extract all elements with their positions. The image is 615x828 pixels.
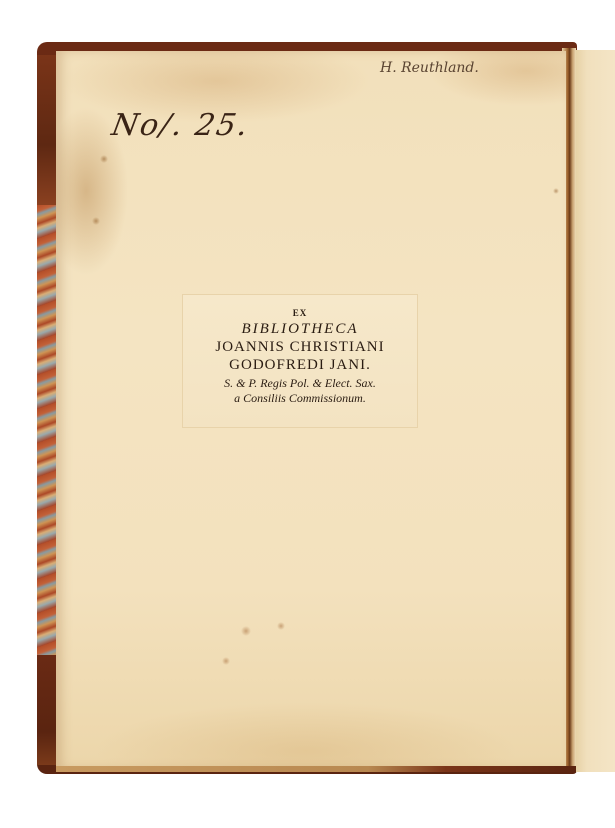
bookplate-owner-name-1: JOANNIS CHRISTIANI [183, 340, 417, 355]
handwritten-shelf-number: No/. 25. [109, 108, 252, 143]
bookplate-label: EX BIBLIOTHECA JOANNIS CHRISTIANI GODOFR… [183, 295, 417, 427]
bookplate-ex: EX [183, 309, 417, 318]
bookplate-owner-name-2: GODOFREDI JANI. [183, 358, 417, 373]
handwritten-signature: H. Reuthland. [380, 60, 479, 76]
leather-spine-bottom [37, 655, 56, 765]
facing-page [575, 50, 615, 772]
bottom-cover-edge [56, 766, 576, 772]
bookplate-owner-title-2: a Consiliis Commissionum. [183, 392, 417, 404]
bookplate-bibliotheca: BIBLIOTHECA [183, 322, 417, 337]
bookplate-owner-title-1: S. & P. Regis Pol. & Elect. Sax. [183, 377, 417, 389]
marbled-edge [37, 205, 56, 655]
leather-spine-top [37, 55, 56, 205]
